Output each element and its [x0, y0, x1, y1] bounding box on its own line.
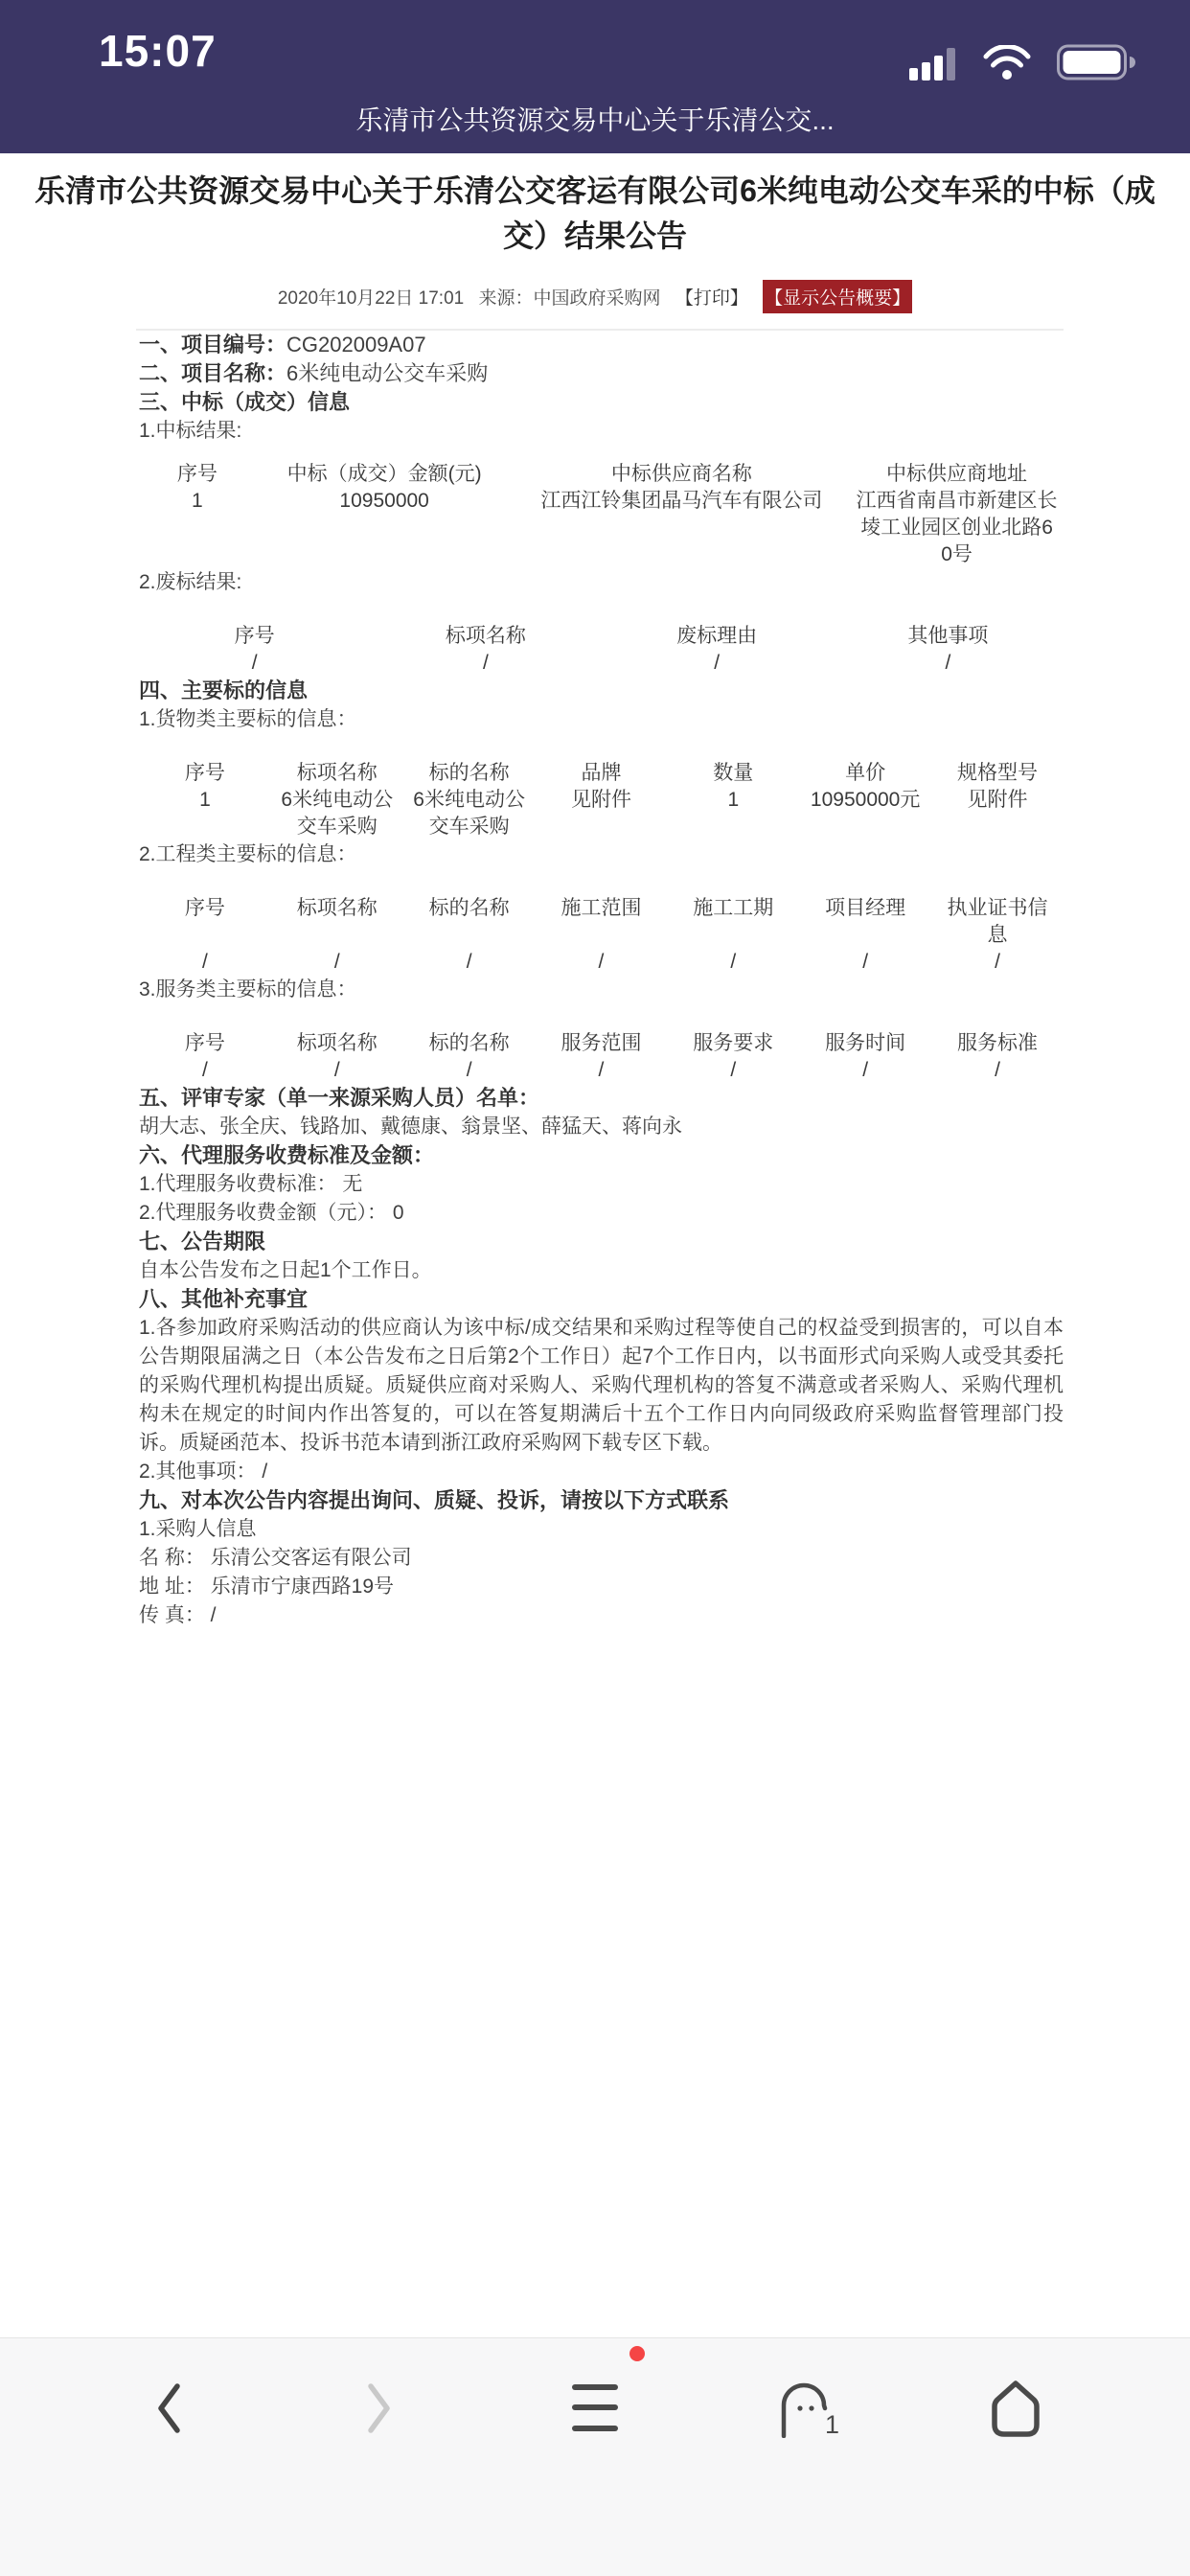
table-header-cell: 服务范围 [536, 1030, 668, 1057]
table-cell: 10950000元 [799, 787, 931, 840]
table-header-cell: 施工范围 [536, 895, 668, 949]
table-cell: / [271, 949, 403, 976]
table-cell: / [403, 1057, 536, 1084]
menu-button[interactable] [561, 2380, 629, 2439]
forward-chevron-icon [366, 2382, 393, 2437]
table-header-cell: 执业证书信息 [931, 895, 1064, 949]
table-cell: / [667, 1057, 799, 1084]
table-header-cell: 中标（成交）金额(元) [256, 461, 514, 488]
table-cell: 江西省南昌市新建区长堎工业园区创业北路60号 [850, 488, 1064, 568]
show-summary-button[interactable]: 【显示公告概要】 [763, 280, 912, 313]
table-header-cell: 服务要求 [667, 1030, 799, 1057]
table-header-cell: 废标理由 [602, 623, 833, 650]
table-header-cell: 标的名称 [403, 895, 536, 949]
page-title: 乐清市公共资源交易中心关于乐清公交客运有限公司6米纯电动公交车采的中标（成交）结… [12, 169, 1178, 259]
table-header-cell: 中标供应商名称 [514, 461, 851, 488]
table-row: 110950000江西江铃集团晶马汽车有限公司江西省南昌市新建区长堎工业园区创业… [139, 488, 1064, 568]
cellular-signal-icon [909, 46, 957, 85]
award-result-label: 1.中标结果: [139, 417, 1064, 446]
table-cell: / [931, 1057, 1064, 1084]
status-time: 15:07 [99, 25, 217, 77]
section-heading-award-info: 三、中标（成交）信息 [139, 388, 1064, 417]
table-header-cell: 序号 [139, 461, 256, 488]
section-heading-project-no: 一、项目编号：CG202009A07 [139, 331, 1064, 359]
table-header-cell: 单价 [799, 760, 931, 787]
purchaser-info-label: 1.采购人信息 [139, 1515, 1064, 1544]
table-header-cell: 规格型号 [931, 760, 1064, 787]
goods-label: 1.货物类主要标的信息： [139, 705, 1064, 734]
back-chevron-icon [155, 2382, 182, 2437]
table-header-cell: 标项名称 [271, 1030, 403, 1057]
table-cell: / [370, 650, 601, 677]
browser-toolbar: 1 [0, 2337, 1190, 2576]
home-icon [989, 2379, 1042, 2441]
table-cell: / [403, 949, 536, 976]
browser-header: 15:07 [0, 0, 1190, 153]
table-cell: 1 [139, 488, 256, 568]
home-button[interactable] [982, 2380, 1049, 2439]
tabs-button[interactable]: 1 [774, 2380, 841, 2439]
table-row: /////// [139, 949, 1064, 976]
other-item-1: 1.各参加政府采购活动的供应商认为该中标/成交结果和采购过程等使自己的权益受到损… [139, 1314, 1064, 1458]
services-table: 序号标项名称标的名称服务范围服务要求服务时间服务标准/////// [139, 1030, 1064, 1084]
battery-icon [1057, 44, 1135, 85]
works-label: 2.工程类主要标的信息： [139, 840, 1064, 869]
section-heading-contact: 九、对本次公告内容提出询问、质疑、投诉，请按以下方式联系 [139, 1486, 1064, 1515]
table-cell: / [931, 949, 1064, 976]
table-cell: / [271, 1057, 403, 1084]
table-header-cell: 标项名称 [271, 760, 403, 787]
experts-names: 胡大志、张全庆、钱路加、戴德康、翁景坚、薛猛天、蒋向永 [139, 1113, 1064, 1141]
agency-fee-amount: 2.代理服务收费金额（元）： 0 [139, 1199, 1064, 1228]
project-name-value: 6米纯电动公交车采购 [286, 361, 488, 385]
award-result-table: 序号中标（成交）金额(元)中标供应商名称中标供应商地址110950000江西江铃… [139, 461, 1064, 568]
table-cell: / [139, 650, 370, 677]
table-header-cell: 施工工期 [667, 895, 799, 949]
section-heading-project-name: 二、项目名称：6米纯电动公交车采购 [139, 359, 1064, 388]
table-cell: / [536, 1057, 668, 1084]
section-heading-notice-period: 七、公告期限 [139, 1228, 1064, 1256]
reject-result-label: 2.废标结果: [139, 568, 1064, 597]
table-cell: / [602, 650, 833, 677]
notification-dot [629, 2346, 645, 2361]
table-header-cell: 标项名称 [370, 623, 601, 650]
table-header-cell: 服务标准 [931, 1030, 1064, 1057]
table-row: //// [139, 650, 1064, 677]
print-link[interactable]: 【打印】 [675, 288, 748, 309]
agency-fee-standard: 1.代理服务收费标准： 无 [139, 1170, 1064, 1199]
services-label: 3.服务类主要标的信息： [139, 976, 1064, 1004]
purchaser-address: 地 址： 乐清市宁康西路19号 [139, 1573, 1064, 1601]
section-heading-other: 八、其他补充事宜 [139, 1285, 1064, 1314]
menu-icon [572, 2384, 618, 2435]
table-header-cell: 数量 [667, 760, 799, 787]
tab-count-label: 1 [825, 2412, 839, 2438]
table-header-cell: 标的名称 [403, 1030, 536, 1057]
other-item-2: 2.其他事项： / [139, 1458, 1064, 1486]
section-heading-experts: 五、评审专家（单一来源采购人员）名单： [139, 1084, 1064, 1113]
source-label: 来源：中国政府采购网 [479, 288, 661, 309]
works-table: 序号标项名称标的名称施工范围施工工期项目经理执业证书信息/////// [139, 895, 1064, 976]
purchaser-fax: 传 真： / [139, 1601, 1064, 1630]
section-heading-agency-fee: 六、代理服务收费标准及金额： [139, 1141, 1064, 1170]
reject-result-table: 序号标项名称废标理由其他事项//// [139, 623, 1064, 677]
table-cell: 见附件 [931, 787, 1064, 840]
table-cell: 1 [667, 787, 799, 840]
table-cell: / [139, 949, 271, 976]
table-cell: / [833, 650, 1064, 677]
article-meta: 2020年10月22日 17:01 来源：中国政府采购网 【打印】 【显示公告概… [0, 280, 1190, 313]
back-button[interactable] [135, 2380, 202, 2439]
table-cell: / [139, 1057, 271, 1084]
browser-title-bar: 乐清市公共资源交易中心关于乐清公交... [0, 96, 1190, 153]
table-header-cell: 序号 [139, 623, 370, 650]
goods-table: 序号标项名称标的名称品牌数量单价规格型号16米纯电动公交车采购6米纯电动公交车采… [139, 760, 1064, 840]
table-cell: / [536, 949, 668, 976]
forward-button[interactable] [346, 2380, 413, 2439]
publish-date: 2020年10月22日 17:01 [278, 288, 464, 309]
table-cell: 10950000 [256, 488, 514, 568]
table-cell: 1 [139, 787, 271, 840]
purchaser-name: 名 称： 乐清公交客运有限公司 [139, 1544, 1064, 1573]
table-header-cell: 序号 [139, 1030, 271, 1057]
table-header-cell: 标的名称 [403, 760, 536, 787]
wifi-icon [983, 45, 1031, 85]
project-no-value: CG202009A07 [286, 333, 426, 356]
page-content: 乐清市公共资源交易中心关于乐清公交客运有限公司6米纯电动公交车采的中标（成交）结… [0, 153, 1190, 1630]
table-cell: 江西江铃集团晶马汽车有限公司 [514, 488, 851, 568]
tabs-icon: 1 [780, 2380, 835, 2438]
section-heading-main-subject: 四、主要标的信息 [139, 677, 1064, 705]
table-header-cell: 项目经理 [799, 895, 931, 949]
table-cell: / [799, 1057, 931, 1084]
status-icons [909, 44, 1135, 85]
table-header-cell: 中标供应商地址 [850, 461, 1064, 488]
notice-period-body: 自本公告发布之日起1个工作日。 [139, 1256, 1064, 1285]
table-cell: / [799, 949, 931, 976]
table-header-cell: 服务时间 [799, 1030, 931, 1057]
table-row: /////// [139, 1057, 1064, 1084]
table-header-cell: 标项名称 [271, 895, 403, 949]
phone-screen: 15:07 [0, 0, 1190, 2576]
table-row: 16米纯电动公交车采购6米纯电动公交车采购见附件110950000元见附件 [139, 787, 1064, 840]
table-cell: 6米纯电动公交车采购 [271, 787, 403, 840]
table-header-cell: 品牌 [536, 760, 668, 787]
table-header-cell: 序号 [139, 760, 271, 787]
table-header-cell: 其他事项 [833, 623, 1064, 650]
table-cell: / [667, 949, 799, 976]
table-header-cell: 序号 [139, 895, 271, 949]
table-cell: 见附件 [536, 787, 668, 840]
table-cell: 6米纯电动公交车采购 [403, 787, 536, 840]
